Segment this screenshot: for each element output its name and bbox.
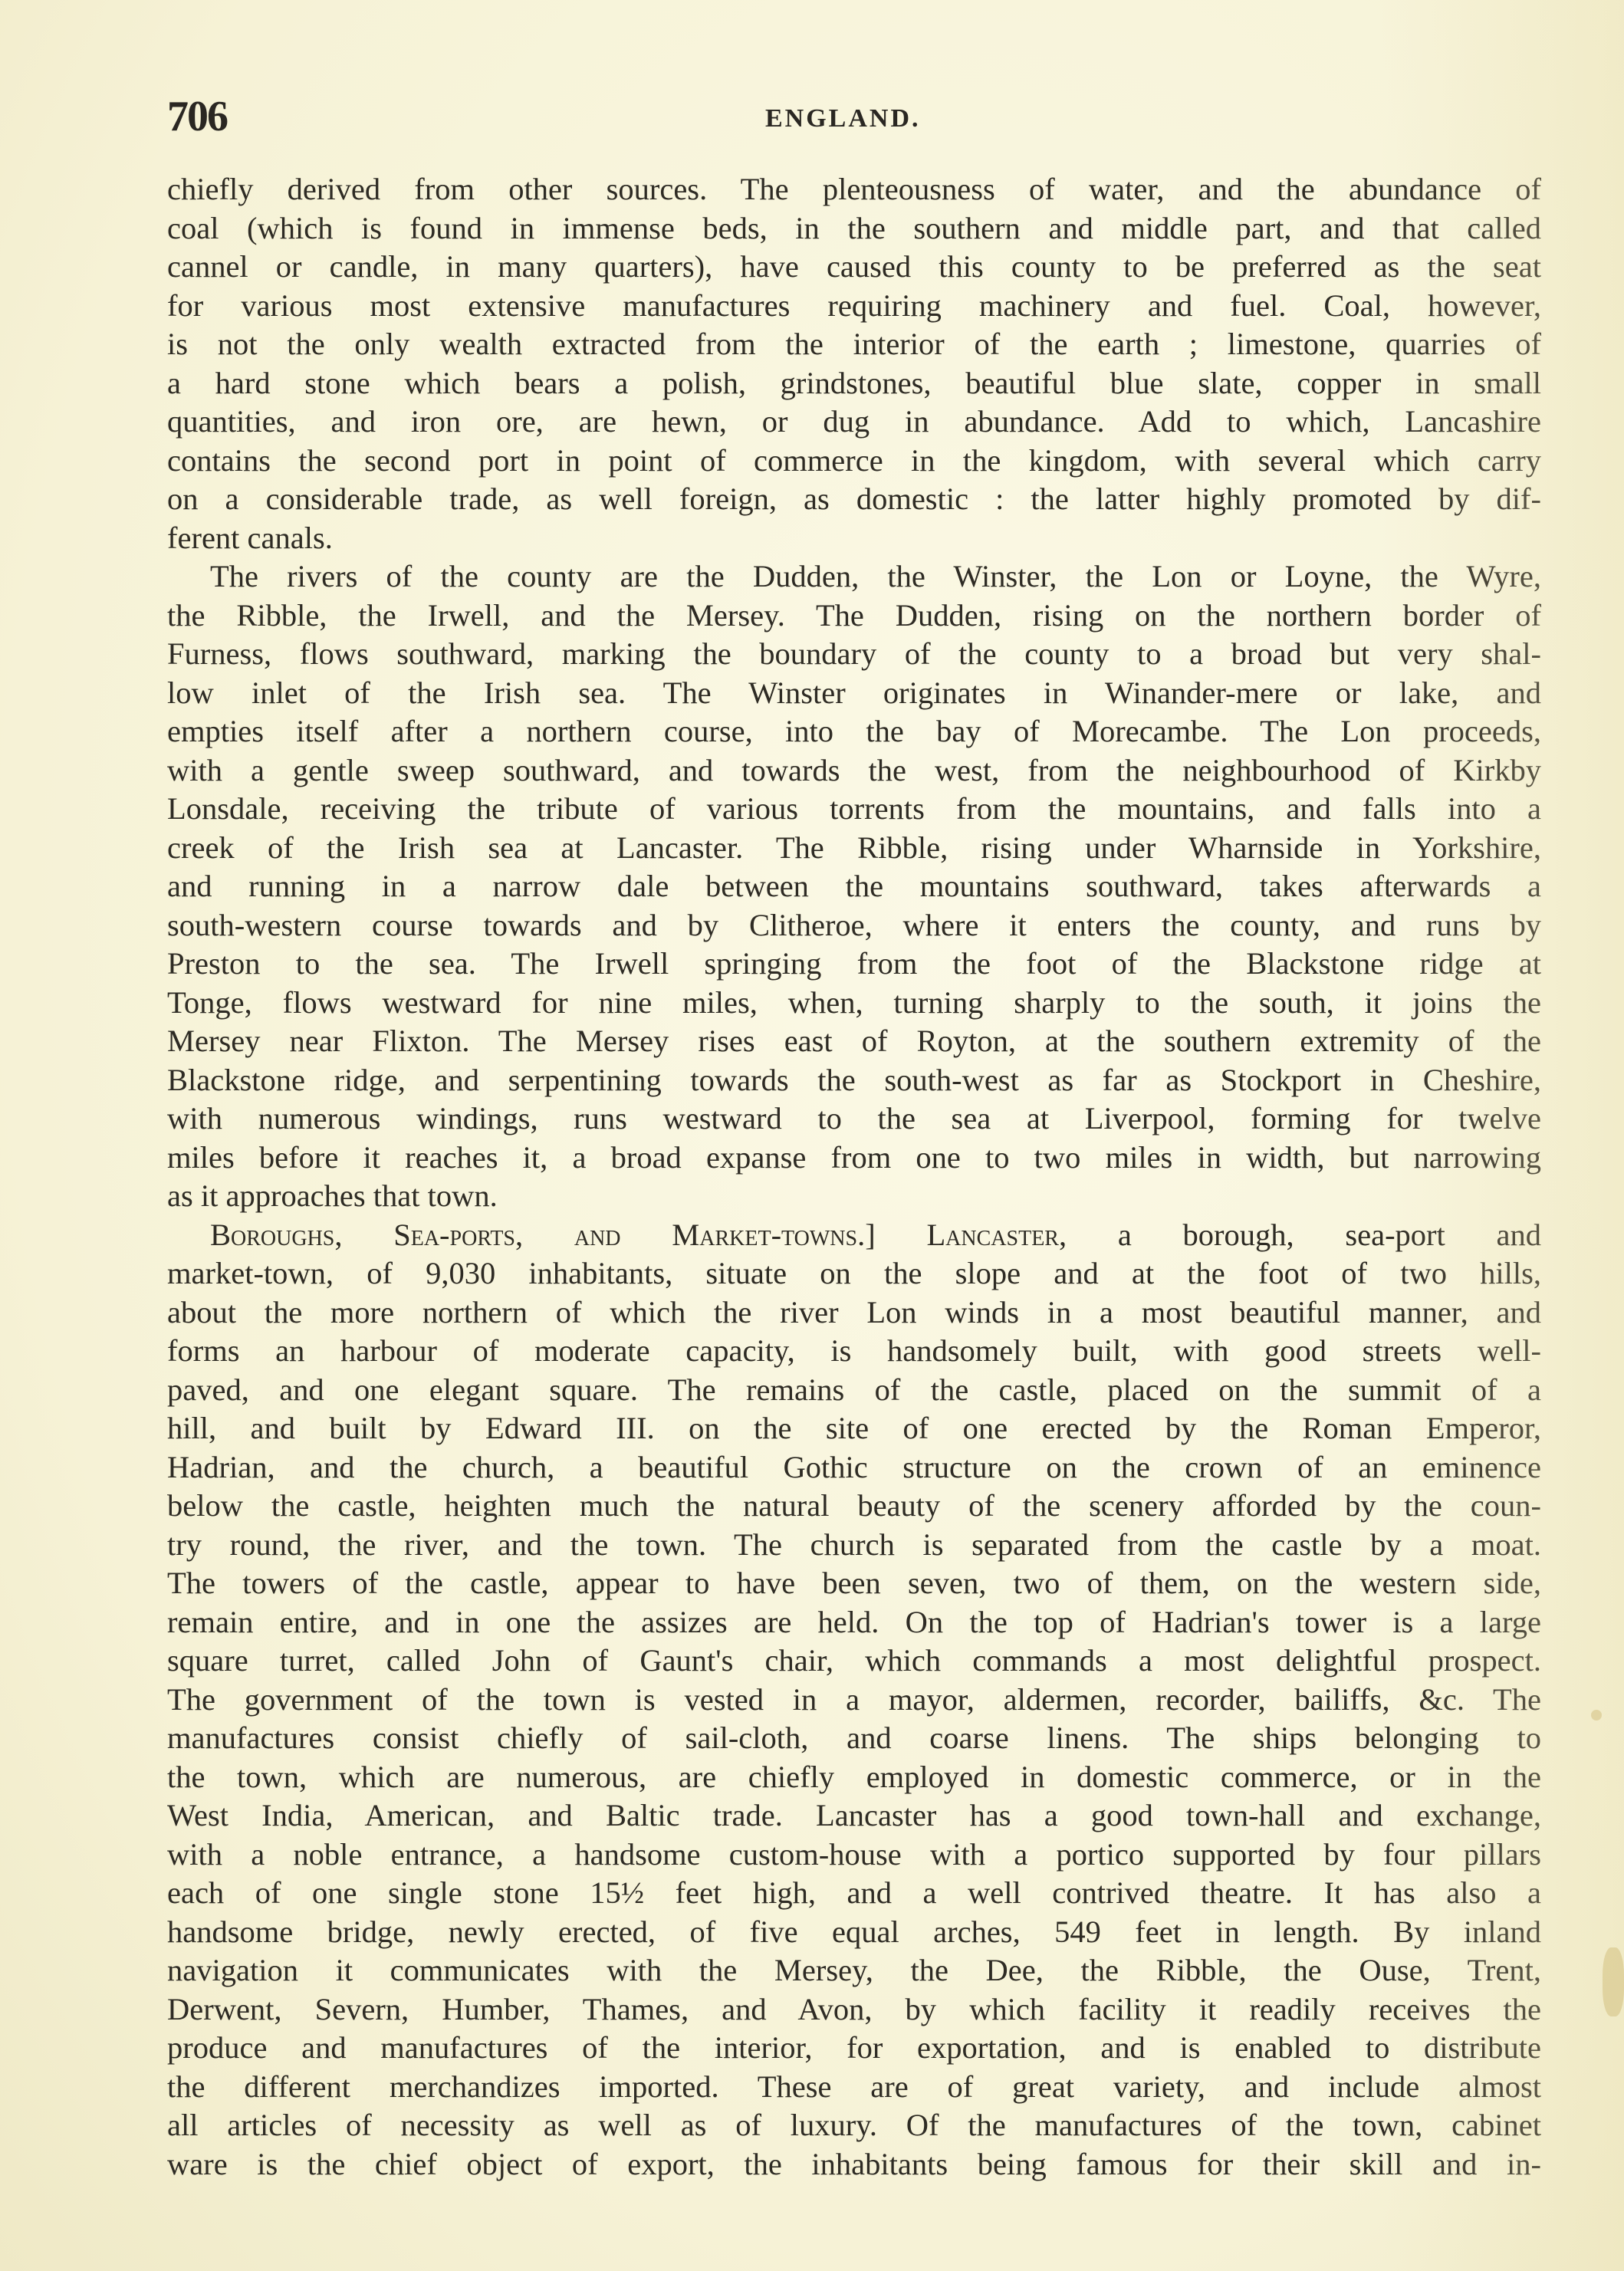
- text-line: about the more northern of which the riv…: [167, 1293, 1541, 1333]
- text-line: try round, the river, and the town. The …: [167, 1526, 1541, 1565]
- text-line: manufactures consist chiefly of sail-clo…: [167, 1719, 1541, 1758]
- text-line: The towers of the castle, appear to have…: [167, 1564, 1541, 1603]
- text-line: is not the only wealth extracted from th…: [167, 325, 1541, 364]
- place-heading: Lancaster,: [926, 1218, 1067, 1252]
- running-title: ENGLAND.: [765, 104, 921, 133]
- text-line: the Ribble, the Irwell, and the Mersey. …: [167, 597, 1541, 636]
- text-line: as it approaches that town.: [167, 1177, 1541, 1216]
- text-line: ferent canals.: [167, 519, 1541, 558]
- text-line: handsome bridge, newly erected, of five …: [167, 1913, 1541, 1952]
- text-line: south-western course towards and by Clit…: [167, 906, 1541, 945]
- text-line: a hard stone which bears a polish, grind…: [167, 364, 1541, 403]
- paragraph-minerals: chiefly derived from other sources. The …: [167, 170, 1541, 557]
- paper-stain: [1603, 1947, 1624, 2016]
- text-line: ware is the chief object of export, the …: [167, 2145, 1541, 2184]
- text-line: each of one single stone 15½ feet high, …: [167, 1874, 1541, 1913]
- text-line: miles before it reaches it, a broad expa…: [167, 1139, 1541, 1178]
- text-line: produce and manufactures of the interior…: [167, 2029, 1541, 2068]
- text-line: cannel or candle, in many quarters), hav…: [167, 248, 1541, 287]
- text-line: below the castle, heighten much the natu…: [167, 1487, 1541, 1526]
- text-line: West India, American, and Baltic trade. …: [167, 1796, 1541, 1836]
- text-line: navigation it communicates with the Mers…: [167, 1951, 1541, 1990]
- text-line: on a considerable trade, as well foreign…: [167, 480, 1541, 519]
- text-line: market-town, of 9,030 inhabitants, situa…: [167, 1254, 1541, 1293]
- text-line: Derwent, Severn, Humber, Thames, and Avo…: [167, 1990, 1541, 2029]
- section-heading: Boroughs, Sea-ports, and Market-towns.]: [210, 1218, 876, 1252]
- page-number: 706: [167, 92, 227, 141]
- text-line: Furness, flows southward, marking the bo…: [167, 635, 1541, 674]
- text-line: The government of the town is vested in …: [167, 1681, 1541, 1720]
- text-line: chiefly derived from other sources. The …: [167, 170, 1541, 209]
- text-line: with a gentle sweep southward, and towar…: [167, 751, 1541, 790]
- text-line: Lonsdale, receiving the tribute of vario…: [167, 790, 1541, 829]
- body-text: chiefly derived from other sources. The …: [167, 170, 1541, 2184]
- text-line: Tonge, flows westward for nine miles, wh…: [167, 984, 1541, 1023]
- paragraph-rivers: The rivers of the county are the Dudden,…: [167, 557, 1541, 1216]
- text-fragment: a borough, sea-port and: [1067, 1218, 1541, 1252]
- paragraph-lancaster: Boroughs, Sea-ports, and Market-towns.] …: [167, 1216, 1541, 2184]
- text-line: Hadrian, and the church, a beautiful Got…: [167, 1448, 1541, 1487]
- text-line: Blackstone ridge, and serpentining towar…: [167, 1061, 1541, 1100]
- text-line: hill, and built by Edward III. on the si…: [167, 1409, 1541, 1448]
- text-line: quantities, and iron ore, are hewn, or d…: [167, 403, 1541, 442]
- book-page: 706 ENGLAND. chiefly derived from other …: [167, 92, 1541, 2184]
- text-line: The rivers of the county are the Dudden,…: [167, 557, 1541, 597]
- text-line: and running in a narrow dale between the…: [167, 867, 1541, 906]
- text-line: paved, and one elegant square. The remai…: [167, 1371, 1541, 1410]
- text-line: with a noble entrance, a handsome custom…: [167, 1836, 1541, 1875]
- text-line: all articles of necessity as well as of …: [167, 2106, 1541, 2145]
- text-line: for various most extensive manufactures …: [167, 287, 1541, 326]
- text-line: forms an harbour of moderate capacity, i…: [167, 1332, 1541, 1371]
- text-line: Boroughs, Sea-ports, and Market-towns.] …: [167, 1216, 1541, 1255]
- text-line: low inlet of the Irish sea. The Winster …: [167, 674, 1541, 713]
- text-line: Mersey near Flixton. The Mersey rises ea…: [167, 1022, 1541, 1061]
- text-line: coal (which is found in immense beds, in…: [167, 209, 1541, 248]
- text-line: contains the second port in point of com…: [167, 442, 1541, 481]
- text-line: the town, which are numerous, are chiefl…: [167, 1758, 1541, 1797]
- paper-stain: [1591, 1710, 1602, 1721]
- text-line: with numerous windings, runs westward to…: [167, 1099, 1541, 1139]
- running-head: 706 ENGLAND.: [167, 92, 1541, 163]
- text-line: Preston to the sea. The Irwell springing…: [167, 945, 1541, 984]
- text-line: the different merchandizes imported. The…: [167, 2068, 1541, 2107]
- text-line: empties itself after a northern course, …: [167, 712, 1541, 751]
- text-line: square turret, called John of Gaunt's ch…: [167, 1642, 1541, 1681]
- text-line: creek of the Irish sea at Lancaster. The…: [167, 829, 1541, 868]
- text-line: remain entire, and in one the assizes ar…: [167, 1603, 1541, 1642]
